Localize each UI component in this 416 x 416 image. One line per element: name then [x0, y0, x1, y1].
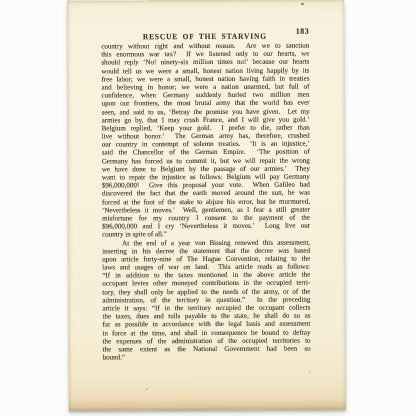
- running-head: RESCUE OF THE STARVING 183: [101, 26, 309, 38]
- text-line: bound.”: [103, 353, 311, 362]
- ink-speck: [301, 3, 304, 5]
- text-line: the same extent as the National Governme…: [103, 344, 311, 353]
- scanned-page-photo: RESCUE OF THE STARVING 183 country witho…: [0, 0, 416, 416]
- book-page: RESCUE OF THE STARVING 183 country witho…: [67, 0, 346, 411]
- page-title: RESCUE OF THE STARVING: [143, 32, 267, 42]
- text-line: $96,000,000 and I cry ‘Nevertheless it m…: [102, 222, 310, 231]
- page-number: 183: [296, 27, 310, 36]
- ink-speck: [146, 388, 148, 390]
- body-text: country without right and without reason…: [101, 42, 310, 362]
- ink-speck: [309, 372, 311, 374]
